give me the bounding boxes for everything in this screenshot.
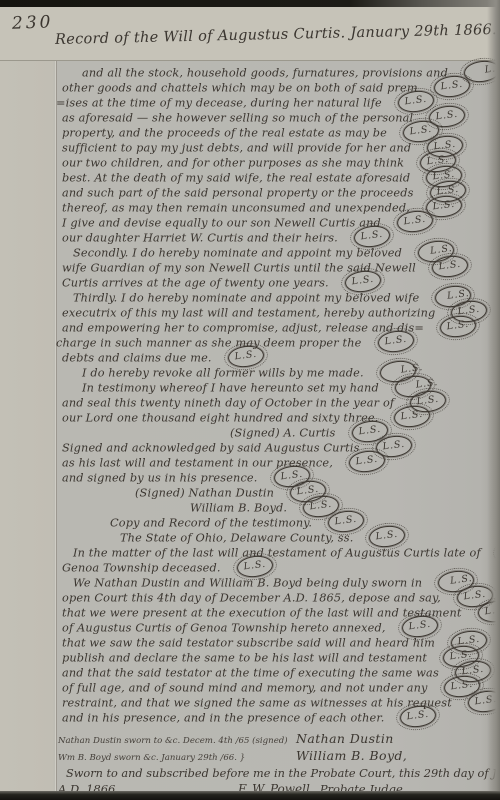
- witness-signature: Nathan Dustin: [296, 731, 394, 746]
- seal-label: L.S.: [358, 424, 382, 438]
- handwritten-line: best. At the death of my said wife, the …: [62, 170, 488, 185]
- seal-label: L.S.: [435, 109, 459, 123]
- handwritten-text: In testimony whereof I have hereunto set…: [82, 382, 379, 395]
- handwritten-text: publish and declare the same to be his l…: [62, 652, 427, 665]
- handwritten-text: charge in such manner as she may deem pr…: [56, 337, 362, 350]
- handwritten-text: thereof, as may then remain unconsumed a…: [62, 202, 410, 215]
- handwritten-line: and signed by us in his presence.L.S.: [62, 470, 488, 485]
- handwritten-text: Secondly. I do hereby nominate and appoi…: [73, 247, 402, 260]
- handwritten-line: property, and the proceeds of the real e…: [62, 125, 488, 140]
- handwritten-line: Thirdly. I do hereby nominate and appoin…: [62, 290, 488, 305]
- handwritten-text: best. At the death of my said wife, the …: [62, 172, 410, 185]
- scan-edge-right: [487, 0, 500, 800]
- attestation-rows: Nathan Dustin sworn to &c. Decem. 4th /6…: [58, 731, 488, 765]
- notary-seal-icon: L.S.: [393, 404, 431, 429]
- handwritten-text: sufficient to pay my just debts, and wil…: [62, 142, 411, 155]
- handwritten-text: and such part of the said personal prope…: [62, 187, 414, 200]
- notary-seal-icon: L.S.: [396, 209, 434, 234]
- handwritten-text: our Lord one thousand eight hundred and …: [62, 412, 378, 425]
- handwritten-text: open Court this 4th day of December A.D.…: [62, 592, 441, 605]
- seal-label: L.S.: [401, 409, 425, 423]
- seal-label: L.S.: [382, 439, 406, 453]
- handwritten-line: I give and devise equally to our son New…: [62, 215, 488, 230]
- scanned-will-record-page: 230 Record of the Will of Augustus Curti…: [0, 0, 500, 800]
- handwritten-line: open Court this 4th day of December A.D.…: [62, 590, 488, 605]
- handwritten-text: and empowering her to compromise, adjust…: [62, 322, 424, 335]
- notary-seal-icon: L.S.: [376, 329, 414, 354]
- attestation-block: Nathan Dustin sworn to &c. Decem. 4th /6…: [58, 731, 488, 800]
- handwritten-text: I give and devise equally to our son New…: [62, 217, 381, 230]
- writing-area: and all the stock, household goods, furn…: [0, 61, 500, 791]
- handwritten-text: and that the said testator at the time o…: [62, 667, 439, 680]
- seal-label: L.S.: [432, 199, 456, 213]
- handwritten-text: as aforesaid — she however selling so mu…: [62, 112, 413, 125]
- attestation-row: Nathan Dustin sworn to &c. Decem. 4th /6…: [58, 731, 488, 748]
- handwritten-text: Copy and Record of the testimony.: [110, 517, 312, 530]
- page-header: 230 Record of the Will of Augustus Curti…: [0, 7, 500, 61]
- seal-label: L.S.: [234, 349, 258, 363]
- handwritten-text: Curtis arrives at the age of twenty one …: [62, 277, 329, 290]
- seal-label: L.S.: [334, 514, 358, 528]
- handwritten-text: William B. Boyd.: [190, 502, 287, 515]
- handwritten-line: executrix of this my last will and testa…: [62, 305, 488, 320]
- notary-seal-icon: L.S.: [344, 269, 382, 294]
- seal-label: L.S.: [406, 709, 430, 723]
- handwritten-text: (Signed) Nathan Dustin: [135, 487, 274, 500]
- handwritten-line: our Lord one thousand eight hundred and …: [62, 410, 488, 425]
- scan-edge-bottom: [0, 791, 500, 800]
- notary-seal-icon: L.S.: [368, 524, 406, 549]
- witness-signature: William B. Boyd,: [296, 748, 407, 763]
- margin-rule: [56, 61, 57, 791]
- handwritten-line: charge in such manner as she may deem pr…: [56, 335, 488, 350]
- seal-label: L.S.: [355, 454, 379, 468]
- handwritten-line: Copy and Record of the testimony.L.S.: [62, 515, 488, 530]
- clerk-note: Nathan Dustin sworn to &c. Decem. 4th /6…: [58, 736, 296, 746]
- clerk-note: Wm B. Boyd sworn &c. January 29th /66. }: [58, 753, 296, 763]
- handwritten-line: and in his presence, and in the presence…: [62, 710, 488, 725]
- handwritten-text: =ises at the time of my decease, during …: [56, 97, 382, 110]
- will-text-block: and all the stock, household goods, furn…: [62, 65, 488, 725]
- handwritten-text: of Augustus Curtis of Genoa Township her…: [62, 622, 386, 635]
- seal-label: L.S.: [351, 274, 375, 288]
- handwritten-text: and seal this twenty nineth day of Octob…: [62, 397, 394, 410]
- notary-seal-icon: L.S.: [431, 254, 469, 279]
- handwritten-line: Secondly. I do hereby nominate and appoi…: [62, 245, 488, 260]
- notary-seal-icon: L.S.: [348, 449, 386, 474]
- seal-label: L.S.: [404, 94, 428, 108]
- handwritten-text: The State of Ohio, Delaware County, ss.: [120, 532, 353, 545]
- handwritten-text: debts and claims due me.: [62, 352, 212, 365]
- seal-label: L.S.: [438, 259, 462, 273]
- seal-label: L.S.: [450, 679, 474, 693]
- handwritten-text: and signed by us in his presence.: [62, 472, 258, 485]
- handwritten-text: other goods and chattels which may be on…: [62, 82, 418, 95]
- notary-seal-icon: L.S.: [399, 704, 437, 729]
- handwritten-text: Signed and acknowledged by said Augustus…: [62, 442, 360, 455]
- handwritten-text: and all the stock, household goods, furn…: [82, 67, 448, 80]
- notary-seal-icon: L.S.: [400, 614, 438, 639]
- seal-label: L.S.: [375, 529, 399, 543]
- handwritten-line: and such part of the said personal prope…: [62, 185, 488, 200]
- handwritten-line: William B. Boyd.L.S.: [62, 500, 488, 515]
- seal-label: L.S.: [360, 229, 384, 243]
- jurat-text: Sworn to and subscribed before me in the…: [58, 765, 488, 782]
- seal-label: L.S.: [309, 499, 333, 513]
- handwritten-line: Curtis arrives at the age of twenty one …: [62, 275, 488, 290]
- attestation-row: Wm B. Boyd sworn &c. January 29th /66. }…: [58, 748, 488, 765]
- handwritten-text: our two children, and for other purposes…: [62, 157, 404, 170]
- handwritten-text: restraint, and that we signed the same a…: [62, 697, 452, 710]
- handwritten-text: of full age, and of sound mind and memor…: [62, 682, 428, 695]
- handwritten-text: our daughter Harriet W. Curtis and their…: [62, 232, 338, 245]
- page-title: Record of the Will of Augustus Curtis. J…: [55, 22, 495, 48]
- page-number: 230: [12, 12, 54, 33]
- seal-label: L.S.: [440, 79, 464, 93]
- handwritten-line: Genoa Township deceased.L.S.: [62, 560, 488, 575]
- handwritten-line: The State of Ohio, Delaware County, ss.L…: [62, 530, 488, 545]
- notary-seal-icon: L.S.: [227, 344, 265, 369]
- handwritten-line: (Signed) A. CurtisL.S.: [62, 425, 488, 440]
- handwritten-text: Genoa Township deceased.: [62, 562, 221, 575]
- handwritten-line: of full age, and of sound mind and memor…: [62, 680, 488, 695]
- seal-label: L.S.: [408, 619, 432, 633]
- handwritten-line: and all the stock, household goods, furn…: [62, 65, 488, 80]
- handwritten-line: debts and claims due me.L.S.: [62, 350, 488, 365]
- handwritten-line: In the matter of the last will and testa…: [62, 545, 488, 560]
- handwritten-text: that we saw the said testator subscribe …: [62, 637, 435, 650]
- handwritten-text: executrix of this my last will and testa…: [62, 307, 435, 320]
- handwritten-line: and empowering her to compromise, adjust…: [62, 320, 488, 335]
- handwritten-line: =ises at the time of my decease, during …: [56, 95, 488, 110]
- handwritten-line: our two children, and for other purposes…: [62, 155, 488, 170]
- notary-seal-icon: L.S.: [235, 554, 273, 579]
- handwritten-text: and in his presence, and in the presence…: [62, 712, 384, 725]
- handwritten-line: Signed and acknowledged by said Augustus…: [62, 440, 488, 455]
- notary-seal-icon: L.S.: [353, 224, 391, 249]
- seal-label: L.S.: [384, 334, 408, 348]
- handwritten-line: We Nathan Dustin and William B. Boyd bei…: [62, 575, 488, 590]
- handwritten-text: property, and the proceeds of the real e…: [62, 127, 387, 140]
- seal-label: L.S.: [243, 559, 267, 573]
- handwritten-line: and that the said testator at the time o…: [62, 665, 488, 680]
- seal-label: L.S.: [446, 319, 470, 333]
- handwritten-text: (Signed) A. Curtis: [230, 427, 336, 440]
- notary-seal-icon: L.S.: [439, 314, 477, 339]
- handwritten-line: (Signed) Nathan DustinL.S.: [62, 485, 488, 500]
- seal-label: L.S.: [409, 124, 433, 138]
- notary-seal-icon: L.S.: [433, 74, 471, 99]
- handwritten-text: I do hereby revoke all former wills by m…: [82, 367, 364, 380]
- seal-label: L.S.: [403, 214, 427, 228]
- notary-seal-icon: L.S.: [327, 509, 365, 534]
- handwritten-line: of Augustus Curtis of Genoa Township her…: [62, 620, 488, 635]
- handwritten-text: that we were present at the execution of…: [62, 607, 462, 620]
- handwritten-text: In the matter of the last will and testa…: [73, 547, 481, 560]
- scan-edge-top: [0, 0, 500, 7]
- handwritten-line: publish and declare the same to be his l…: [62, 650, 488, 665]
